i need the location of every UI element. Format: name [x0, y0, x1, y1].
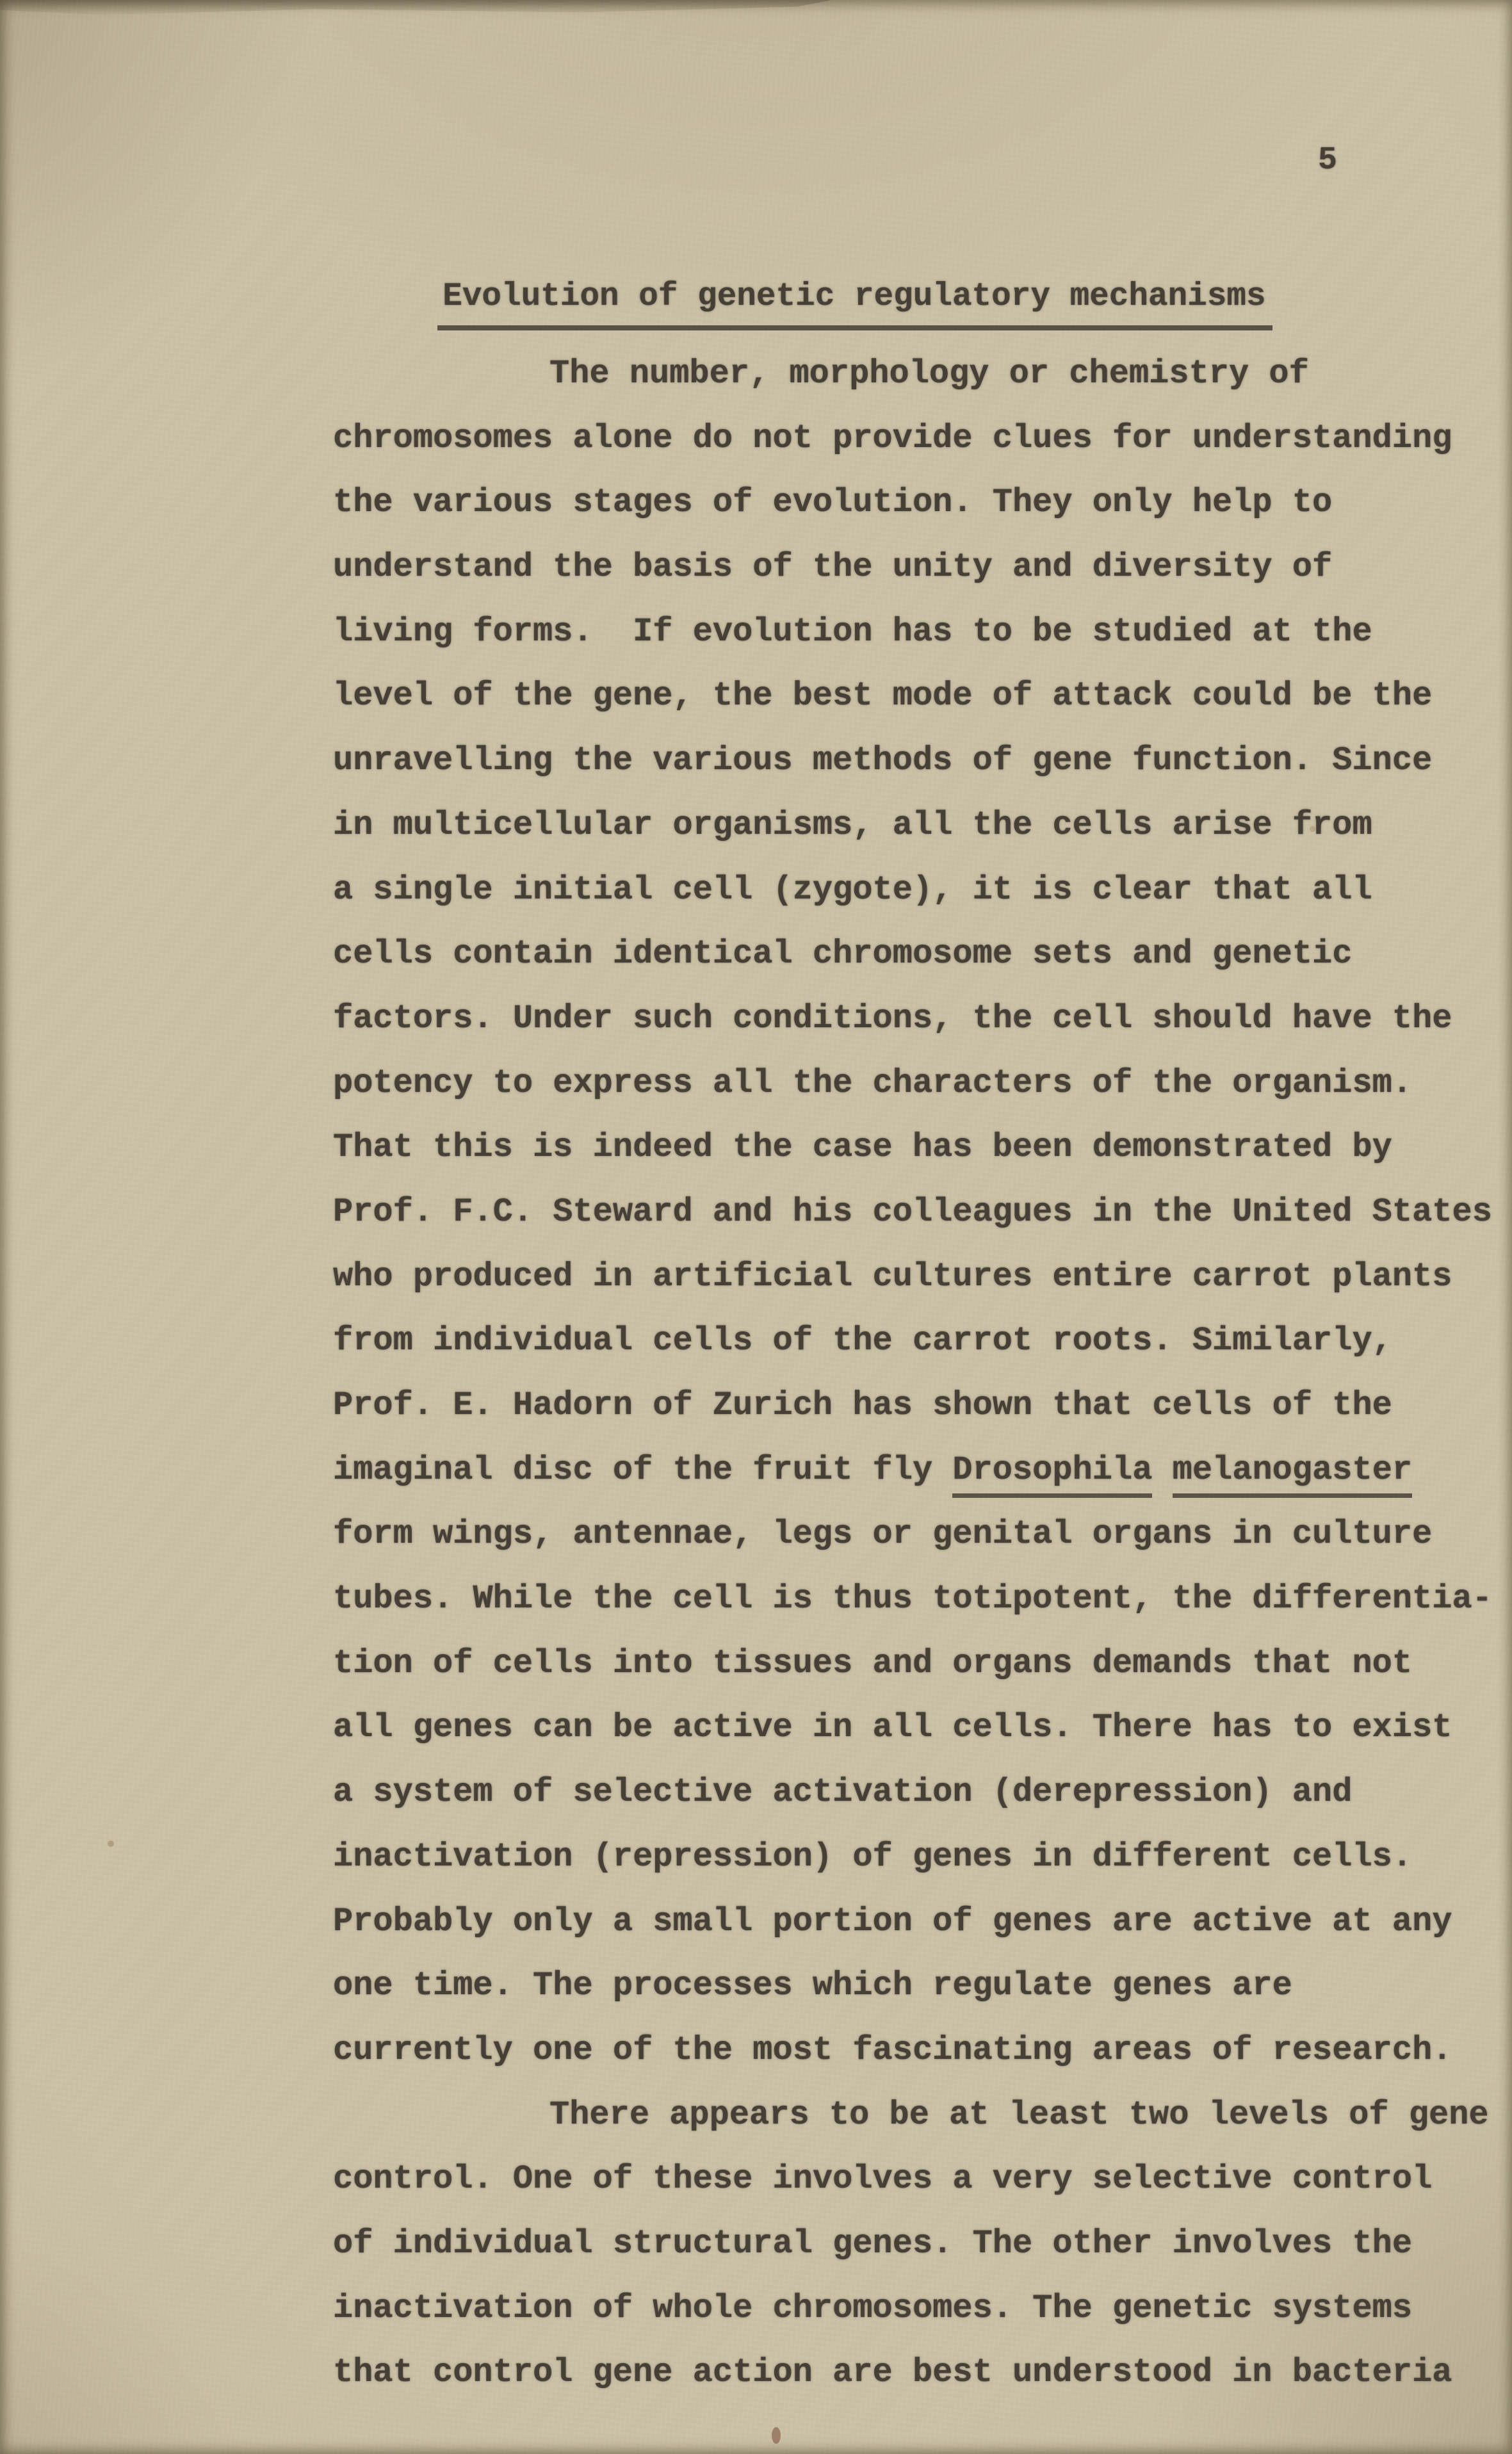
- body-line: control. One of these involves a very se…: [333, 2147, 1486, 2212]
- body-line: who produced in artificial cultures enti…: [333, 1245, 1486, 1310]
- paper-speck: [772, 2427, 781, 2444]
- body-line: of individual structural genes. The othe…: [333, 2212, 1486, 2277]
- body-line: unravelling the various methods of gene …: [333, 729, 1486, 793]
- body-line: tion of cells into tissues and organs de…: [333, 1632, 1486, 1696]
- body-line: in multicellular organisms, all the cell…: [333, 793, 1486, 858]
- body-line: That this is indeed the case has been de…: [333, 1116, 1486, 1180]
- underlined-term: melanogaster: [1173, 1451, 1412, 1498]
- paper-speck: [108, 1840, 114, 1847]
- body-line: the various stages of evolution. They on…: [333, 471, 1486, 535]
- underlined-term: Drosophila: [952, 1451, 1152, 1498]
- body-line: from individual cells of the carrot root…: [333, 1309, 1486, 1374]
- page-number: 5: [1318, 142, 1337, 179]
- body-line: form wings, antennae, legs or genital or…: [333, 1502, 1486, 1567]
- body-line: one time. The processes which regulate g…: [333, 1954, 1486, 2019]
- body-line: potency to express all the characters of…: [333, 1052, 1486, 1116]
- body-line: tubes. While the cell is thus totipotent…: [333, 1567, 1486, 1632]
- body-line: Probably only a small portion of genes a…: [333, 1890, 1486, 1954]
- body-line: a system of selective activation (derepr…: [333, 1760, 1486, 1825]
- body-line: that control gene action are best unders…: [333, 2341, 1486, 2405]
- document-title-text: Evolution of genetic regulatory mechanis…: [437, 279, 1272, 330]
- body-line: living forms. If evolution has to be stu…: [333, 600, 1486, 665]
- document-title: Evolution of genetic regulatory mechanis…: [398, 242, 1272, 330]
- body-line: Prof. E. Hadorn of Zurich has shown that…: [333, 1374, 1486, 1438]
- scanned-typescript-page: { "page": { "number": "5", "title": "Evo…: [0, 0, 1512, 2454]
- body-line: factors. Under such conditions, the cell…: [333, 987, 1486, 1052]
- body-line: level of the gene, the best mode of atta…: [333, 664, 1486, 729]
- body-text: The number, morphology or chemistry ofch…: [333, 342, 1486, 2405]
- body-line: inactivation of whole chromosomes. The g…: [333, 2277, 1486, 2341]
- body-line: Prof. F.C. Steward and his colleagues in…: [333, 1180, 1486, 1245]
- body-line: a single initial cell (zygote), it is cl…: [333, 858, 1486, 923]
- body-line: all genes can be active in all cells. Th…: [333, 1696, 1486, 1760]
- body-line: There appears to be at least two levels …: [333, 2083, 1486, 2148]
- body-line: understand the basis of the unity and di…: [333, 535, 1486, 600]
- body-line: inactivation (repression) of genes in di…: [333, 1825, 1486, 1890]
- body-line: chromosomes alone do not provide clues f…: [333, 407, 1486, 471]
- body-line: currently one of the most fascinating ar…: [333, 2019, 1486, 2083]
- body-line: The number, morphology or chemistry of: [333, 342, 1486, 407]
- body-line: imaginal disc of the fruit fly Drosophil…: [333, 1438, 1486, 1503]
- body-line: cells contain identical chromosome sets …: [333, 922, 1486, 987]
